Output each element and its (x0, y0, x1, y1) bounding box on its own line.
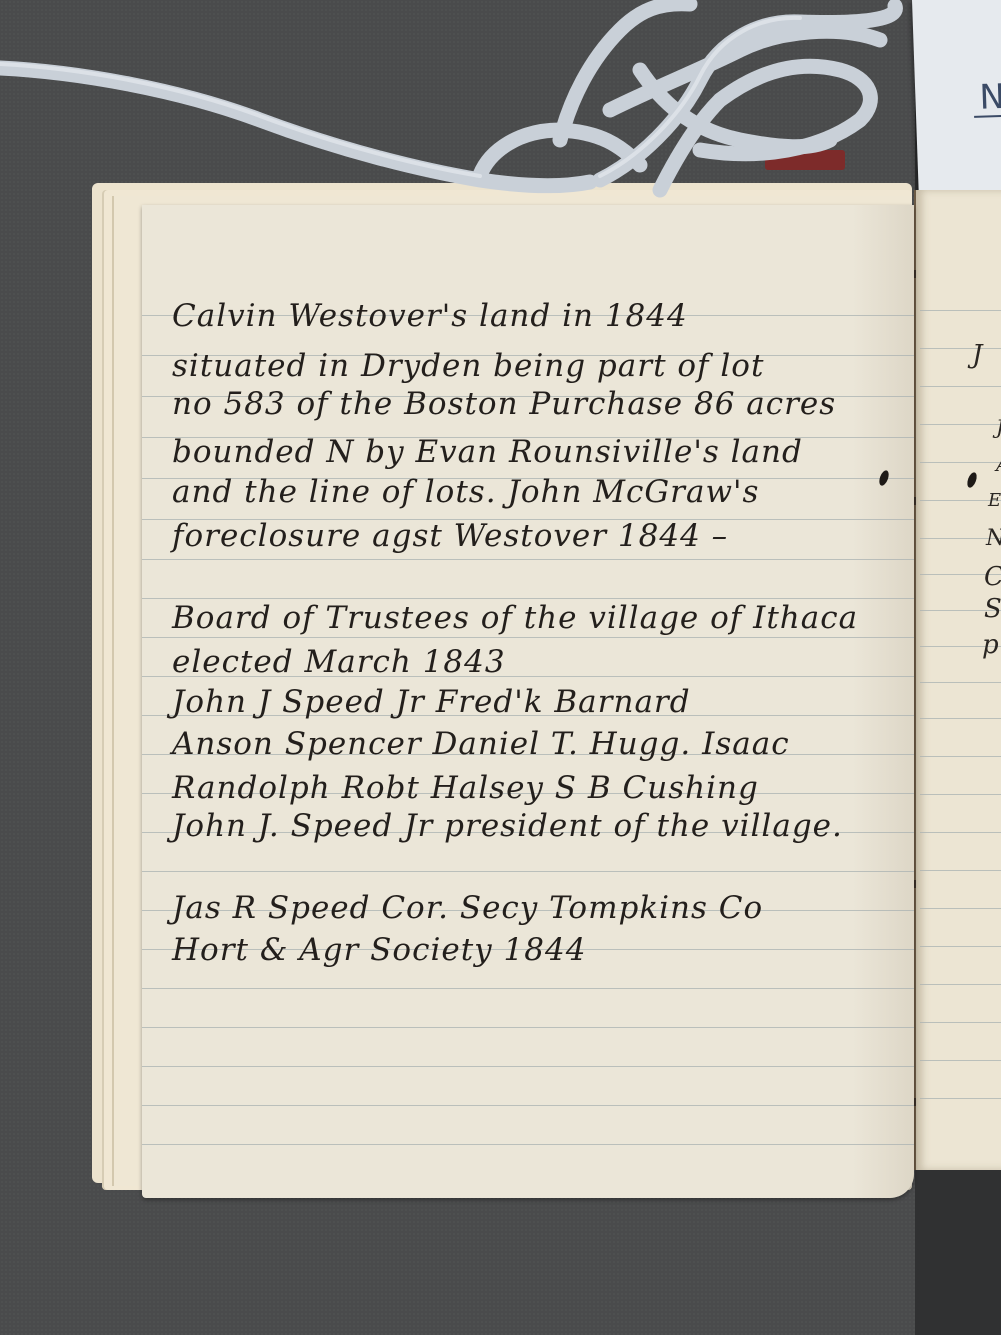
opposite-page-fragment: J (972, 340, 982, 370)
handwritten-line: and the line of lots. John McGraw's (172, 474, 759, 510)
handwritten-line: John J Speed Jr Fred'k Barnard (172, 684, 691, 720)
handwritten-line: foreclosure agst Westover 1844 – (172, 518, 728, 554)
handwritten-line: bounded N by Evan Rounsiville's land (172, 434, 803, 470)
handwritten-line: Board of Trustees of the village of Itha… (172, 600, 858, 636)
handwritten-line: situated in Dryden being part of lot (172, 348, 764, 384)
archival-label-card: N (912, 0, 1001, 196)
opposite-page-fragment: N (986, 526, 1001, 551)
string-tie-cord (0, 0, 920, 210)
opposite-page-fragment: J (996, 415, 1001, 439)
opposite-page-fragment: S (984, 594, 1001, 624)
handwritten-line: elected March 1843 (172, 644, 506, 680)
opposite-page-fragment: A (996, 452, 1001, 476)
opposite-page-fragment: p (982, 630, 999, 660)
opposite-page: J J A E N C S p (914, 190, 1001, 1170)
handwritten-line: Calvin Westover's land in 1844 (172, 298, 688, 334)
handwritten-line: Hort & Agr Society 1844 (172, 932, 586, 968)
handwritten-line: John J. Speed Jr president of the villag… (172, 808, 843, 844)
label-text: N (973, 79, 1001, 118)
handwritten-line: Jas R Speed Cor. Secy Tompkins Co (172, 890, 763, 926)
ink-blot (966, 471, 979, 489)
handwritten-line: Randolph Robt Halsey S B Cushing (172, 770, 759, 806)
opposite-page-fragment: C (984, 562, 1001, 592)
opposite-page-fragment: E (988, 490, 1001, 511)
handwritten-line: Anson Spencer Daniel T. Hugg. Isaac (172, 726, 790, 762)
red-cover-tab (765, 150, 845, 170)
handwritten-line: no 583 of the Boston Purchase 86 acres (172, 386, 836, 422)
